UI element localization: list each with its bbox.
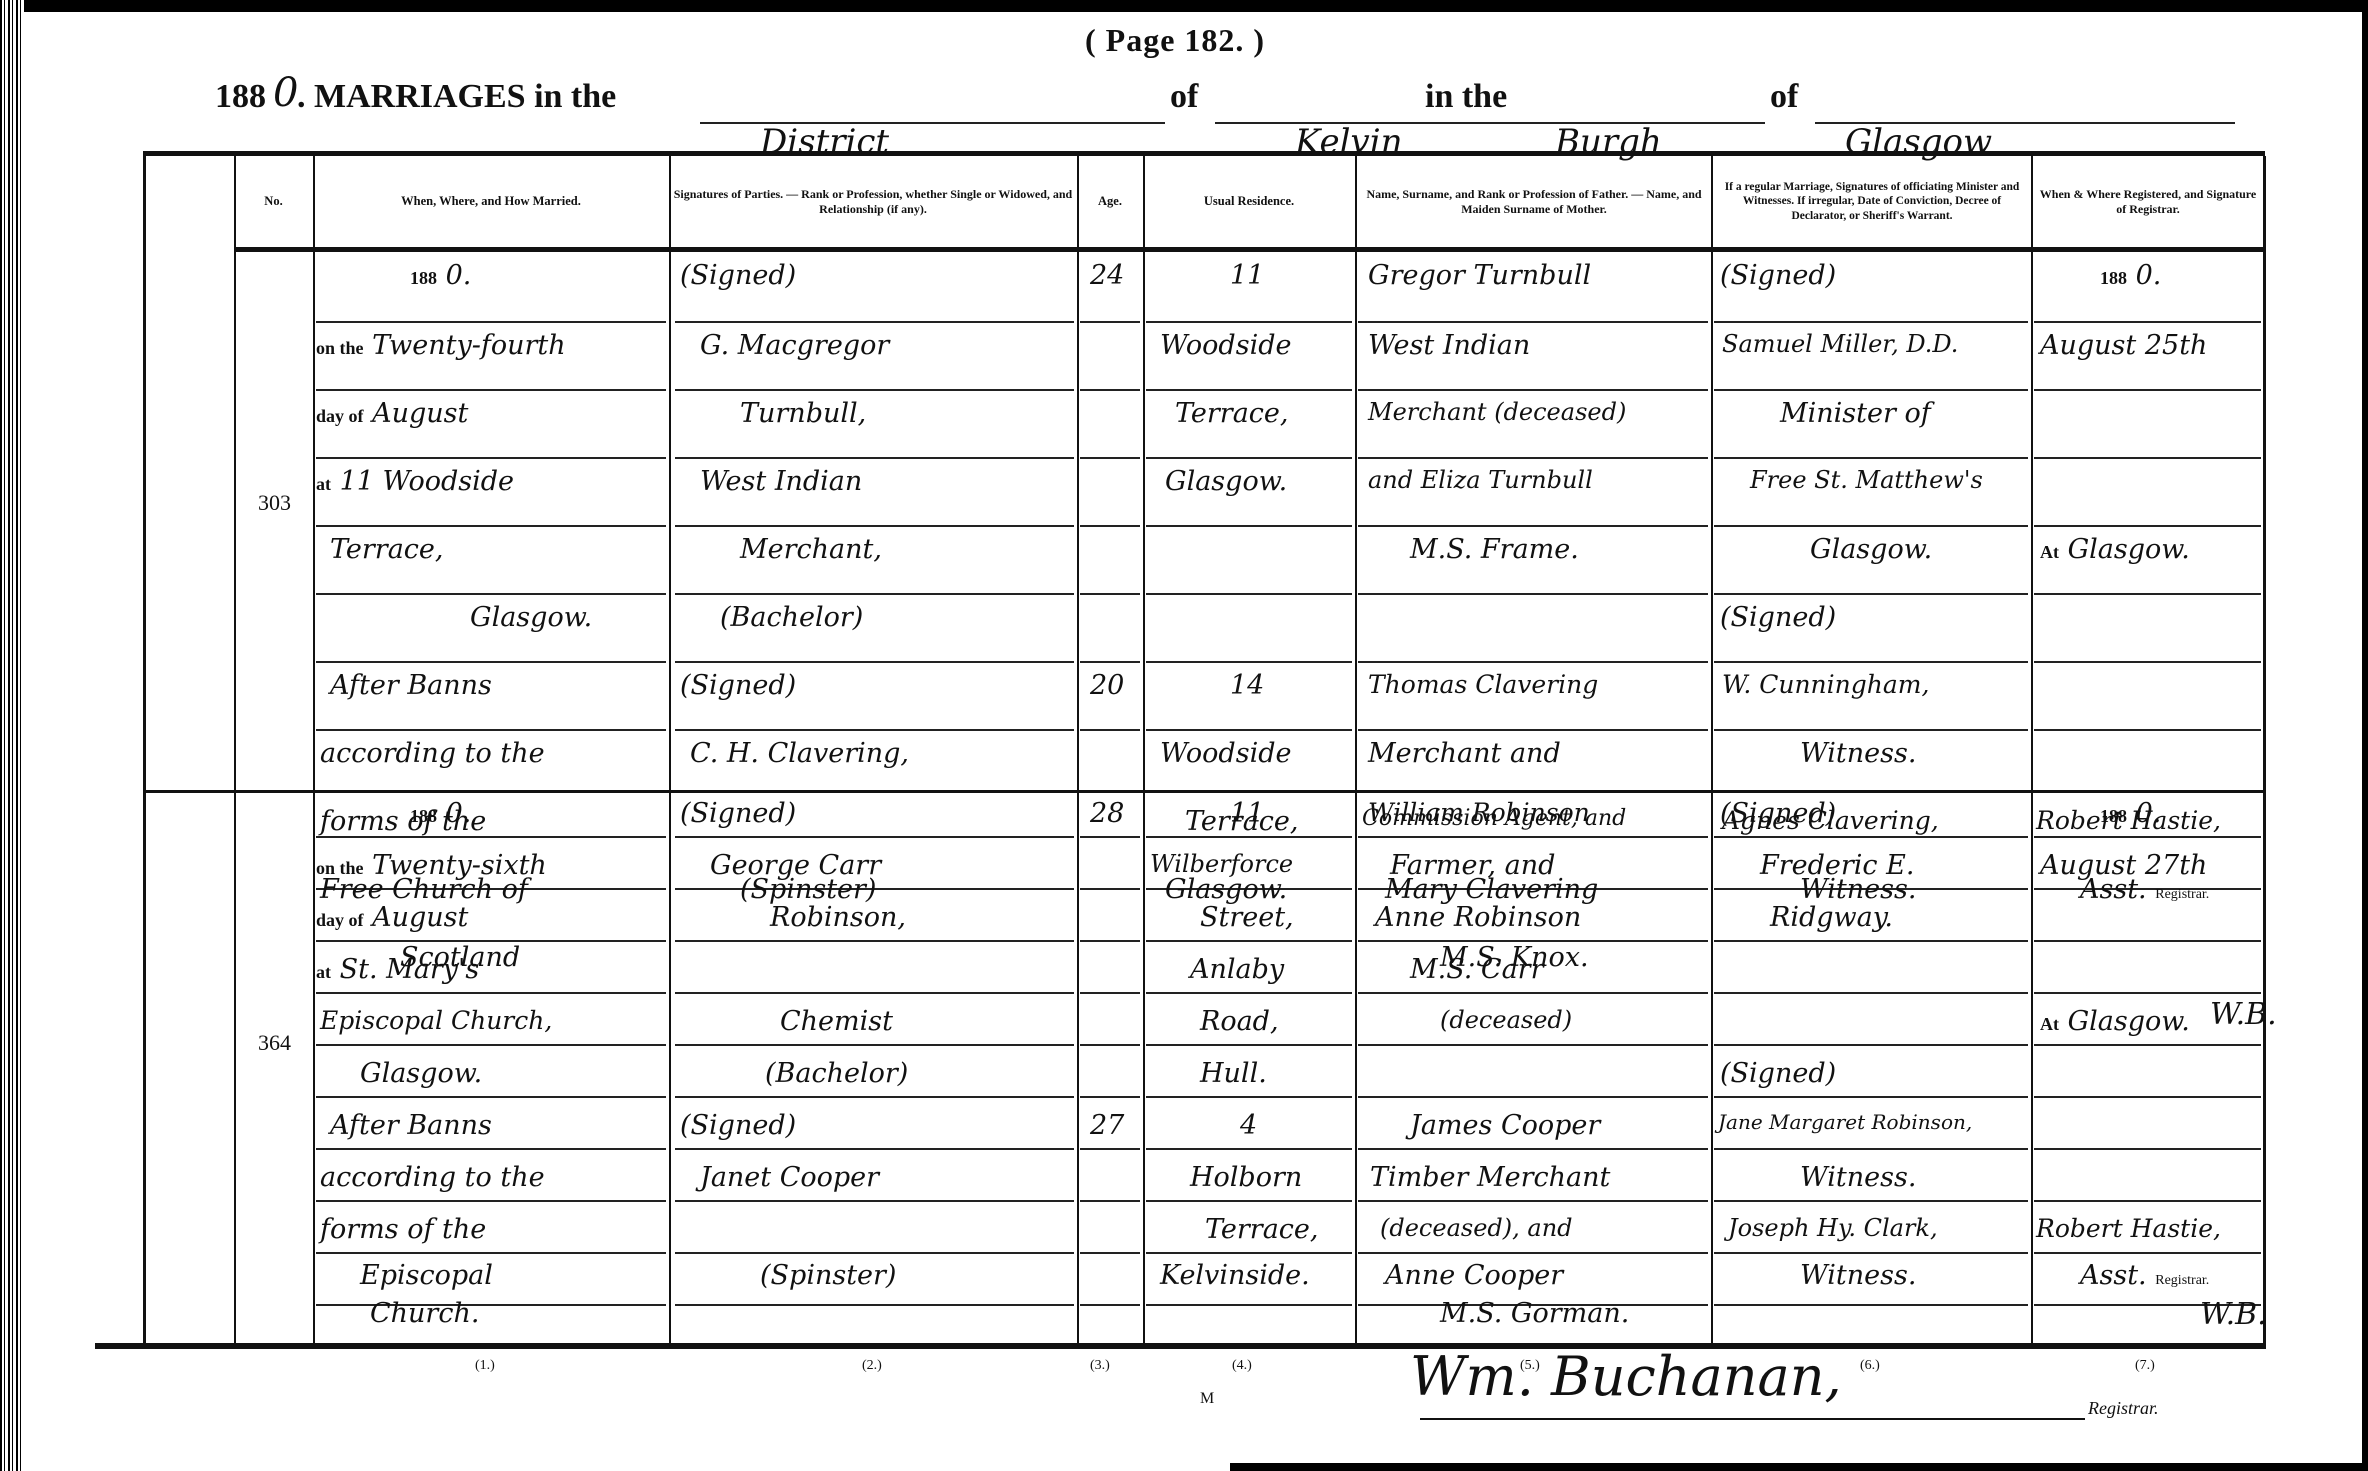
ruled-line — [1358, 1044, 1708, 1046]
ruled-line — [1146, 729, 1352, 731]
column-number: (7.) — [2135, 1358, 2155, 1374]
bride-parents-line: M.S. Gorman. — [1440, 1300, 1629, 1327]
bride-parents-line: James Cooper — [1410, 1112, 1600, 1139]
place: Glasgow. — [2068, 534, 2190, 565]
ruled-line — [1080, 1148, 1140, 1150]
ruled-line — [1146, 1252, 1352, 1254]
column-number: (2.) — [862, 1358, 882, 1374]
bride-residence-line: Glasgow. — [1165, 876, 1287, 903]
when-year: 188 0. — [410, 262, 471, 289]
ruled-line — [1358, 729, 1708, 731]
ruled-line — [1714, 1252, 2028, 1254]
table-left-border — [143, 156, 146, 1349]
ruled-line — [1714, 661, 2028, 663]
registrar-signature: Wm. Buchanan, — [1410, 1345, 1842, 1408]
year-handwritten: 0. — [2136, 798, 2162, 829]
header-registered: When & Where Registered, and Signature o… — [2035, 156, 2261, 247]
title-of-2: of — [1770, 78, 1798, 116]
groom-residence-line: Woodside — [1160, 332, 1291, 359]
how-married-line: according to the — [320, 1164, 545, 1191]
ruled-line — [1714, 457, 2028, 459]
entry-number: 303 — [258, 490, 291, 516]
minister-line: Glasgow. — [1810, 536, 1932, 563]
when-year: 188 0. — [410, 800, 471, 827]
ruled-line — [1146, 525, 1352, 527]
ruled-line — [316, 1200, 666, 1202]
ruled-line — [1714, 1096, 2028, 1098]
ruled-line — [1080, 1252, 1140, 1254]
how-married-line: Church. — [370, 1300, 479, 1327]
witness-label: Witness. — [1800, 740, 1916, 767]
how-married-line: After Banns — [330, 672, 492, 699]
column-number: (4.) — [1232, 1358, 1252, 1374]
ruled-line — [1146, 940, 1352, 942]
place-line: 11 Woodside — [340, 466, 514, 497]
ruled-line — [2034, 1200, 2261, 1202]
ruled-line — [1080, 888, 1140, 890]
ruled-line — [1358, 457, 1708, 459]
ruled-line — [316, 1096, 666, 1098]
bride-signed: (Signed) — [680, 1112, 796, 1139]
ruled-line — [316, 729, 666, 731]
table-bottom-rule — [95, 1343, 2265, 1349]
ruled-line — [1358, 1148, 1708, 1150]
ruled-line — [1714, 836, 2028, 838]
groom-status: (Bachelor) — [720, 604, 863, 631]
bride-residence-line: Kelvinside. — [1160, 1262, 1310, 1289]
groom-parents-line: Merchant (deceased) — [1368, 400, 1626, 424]
ruled-line — [1080, 661, 1140, 663]
ruled-line — [1146, 593, 1352, 595]
when-place: at St. Mary's — [316, 956, 479, 983]
ruled-line — [1080, 1044, 1140, 1046]
year-print: 188 — [410, 268, 437, 288]
registrar-label: Registrar. — [2155, 887, 2209, 902]
registrar-label: Registrar. — [2155, 1273, 2209, 1288]
ruled-line — [316, 1252, 666, 1254]
groom-parents-line: Anne Robinson — [1375, 904, 1581, 931]
registered-place: At Glasgow. — [2040, 1008, 2190, 1035]
ruled-line — [675, 457, 1074, 459]
registered-date: August 27th — [2040, 852, 2207, 879]
groom-residence-line: Anlaby — [1190, 956, 1284, 983]
ruled-line — [1080, 836, 1140, 838]
how-married-line: forms of the — [320, 1216, 486, 1243]
bride-age: 20 — [1090, 672, 1124, 699]
ruled-line — [675, 321, 1074, 323]
groom-residence-line: Street, — [1200, 904, 1294, 931]
scan-right-edge — [2362, 0, 2368, 1471]
how-married-line: After Banns — [330, 1112, 492, 1139]
ruled-line — [316, 1044, 666, 1046]
year-handwritten: 0. — [446, 798, 472, 829]
ruled-line — [2034, 729, 2261, 731]
ruled-line — [1714, 992, 2028, 994]
year-handwritten: 0. — [2136, 260, 2162, 291]
ruled-line — [1080, 940, 1140, 942]
registrar-initials: W.B. — [2200, 1300, 2267, 1330]
col-divider — [669, 156, 671, 1349]
registrar-title: Asst. Registrar. — [2080, 1262, 2209, 1289]
district-type-fill: District — [700, 122, 1165, 124]
ruled-line — [675, 940, 1074, 942]
minister-name: Ridgway. — [1770, 904, 1893, 931]
witness-name: Joseph Hy. Clark, — [1728, 1216, 1938, 1240]
groom-residence-line: 11 — [1230, 262, 1264, 289]
place-line: Glasgow. — [470, 604, 592, 631]
how-married-line: Episcopal — [360, 1262, 493, 1289]
scan-binding-edge — [0, 0, 24, 1471]
ruled-line — [675, 389, 1074, 391]
ruled-line — [1358, 1200, 1708, 1202]
day-of-label: day of — [316, 910, 364, 930]
page-number: ( Page 182. ) — [1085, 22, 1265, 59]
bride-parents-line: (deceased), and — [1380, 1216, 1573, 1240]
groom-age: 28 — [1090, 800, 1124, 827]
ruled-line — [316, 525, 666, 527]
ruled-line — [316, 389, 666, 391]
ruled-line — [2034, 1148, 2261, 1150]
groom-residence-line: Terrace, — [1175, 400, 1288, 427]
title-heading: . MARRIAGES in the — [297, 78, 616, 116]
ruled-line — [1358, 525, 1708, 527]
witness-signed: (Signed) — [1720, 1060, 1836, 1087]
day: Twenty-fourth — [372, 330, 566, 361]
groom-occupation: Merchant, — [740, 536, 882, 563]
witness-label: Witness. — [1800, 1164, 1916, 1191]
ruled-line — [675, 525, 1074, 527]
header-signatures: Signatures of Parties. — Rank or Profess… — [673, 156, 1073, 247]
groom-residence-line: 11 — [1230, 800, 1264, 827]
day-of-label: day of — [316, 406, 364, 426]
minister-line: Minister of — [1780, 400, 1931, 427]
registered-year: 188 0. — [2100, 262, 2161, 289]
place-line: Glasgow. — [360, 1060, 482, 1087]
groom-parents-line: (deceased) — [1440, 1008, 1572, 1032]
bride-parents-line: Anne Cooper — [1385, 1262, 1563, 1289]
minister-signed: (Signed) — [1720, 262, 1836, 289]
ruled-line — [675, 836, 1074, 838]
ruled-line — [2034, 992, 2261, 994]
registrar-name: Robert Hastie, — [2036, 1216, 2221, 1241]
place-line: St. Mary's — [340, 954, 480, 985]
registered-place: At Glasgow. — [2040, 536, 2190, 563]
ruled-line — [1358, 661, 1708, 663]
col-divider — [234, 156, 236, 1349]
minister-name: Frederic E. — [1760, 852, 1914, 879]
entry-number: 364 — [258, 1030, 291, 1056]
groom-name: Robinson, — [770, 904, 906, 931]
ruled-line — [1080, 593, 1140, 595]
ruled-line — [2034, 457, 2261, 459]
witness-name: Jane Margaret Robinson, — [1718, 1112, 1972, 1132]
place: Glasgow. — [2068, 1006, 2190, 1037]
year-print: 188 — [410, 806, 437, 826]
groom-signed: (Signed) — [680, 262, 796, 289]
burgh-type-fill: Burgh — [1535, 122, 1765, 124]
ruled-line — [1714, 1044, 2028, 1046]
ruled-line — [1714, 389, 2028, 391]
at-label: At — [2040, 542, 2059, 562]
header-age: Age. — [1077, 156, 1143, 247]
header-residence: Usual Residence. — [1143, 156, 1355, 247]
bride-residence-line: Woodside — [1160, 740, 1291, 767]
title-of-1: of — [1170, 78, 1198, 116]
bride-parents-line: Thomas Clavering — [1368, 672, 1598, 697]
column-number: (3.) — [1090, 1358, 1110, 1374]
ruled-line — [675, 1096, 1074, 1098]
when-day: on the Twenty-sixth — [316, 852, 547, 879]
at-label: At — [2040, 1014, 2059, 1034]
ruled-line — [1080, 389, 1140, 391]
ruled-line — [2034, 593, 2261, 595]
col-divider — [1711, 156, 1713, 1349]
bride-status: (Spinster) — [760, 1262, 896, 1289]
groom-name: George Carr — [710, 852, 881, 879]
groom-name: G. Macgregor — [700, 332, 889, 359]
ruled-line — [1080, 992, 1140, 994]
title-year-digit: 0 — [273, 70, 298, 116]
ruled-line — [1080, 457, 1140, 459]
ruled-line — [2034, 389, 2261, 391]
bride-residence-line: Terrace, — [1205, 1216, 1318, 1243]
at-label: at — [316, 474, 331, 494]
entry-separator — [143, 790, 2265, 793]
header-no: No. — [234, 156, 313, 247]
page-mark: M — [1200, 1390, 1214, 1408]
year-print: 188 — [2100, 268, 2127, 288]
ruled-line — [1358, 836, 1708, 838]
column-number: (6.) — [1860, 1358, 1880, 1374]
ruled-line — [1358, 1252, 1708, 1254]
witness-name: W. Cunningham, — [1722, 672, 1929, 697]
col-divider — [1077, 156, 1079, 1349]
place-line: Episcopal Church, — [320, 1008, 552, 1033]
bride-residence-line: Holborn — [1190, 1164, 1302, 1191]
ruled-line — [1358, 389, 1708, 391]
bride-parents-line: Merchant and — [1368, 740, 1561, 767]
groom-parents-line: and Eliza Turnbull — [1368, 468, 1593, 492]
ruled-line — [2034, 1044, 2261, 1046]
ruled-line — [316, 1304, 666, 1306]
groom-parents-line: West Indian — [1368, 332, 1530, 359]
bride-residence-line: 14 — [1230, 672, 1264, 699]
ruled-line — [1146, 1044, 1352, 1046]
month: August — [372, 398, 468, 429]
day: Twenty-sixth — [372, 850, 547, 881]
ruled-line — [1146, 992, 1352, 994]
bride-parents-line: Timber Merchant — [1370, 1164, 1610, 1191]
ruled-line — [1080, 1304, 1140, 1306]
registrar-label: Registrar. — [2088, 1398, 2159, 1419]
ruled-line — [675, 661, 1074, 663]
how-married-line: according to the — [320, 740, 545, 767]
groom-parents-line: M.S. Frame. — [1410, 536, 1579, 563]
title: Asst. — [2080, 1260, 2147, 1291]
ruled-line — [1080, 1096, 1140, 1098]
column-number: (1.) — [475, 1358, 495, 1374]
ruled-line — [2034, 321, 2261, 323]
year-print: 188 — [2100, 806, 2127, 826]
register-title: 188 0 . MARRIAGES in the District of Kel… — [215, 78, 2235, 128]
header-minister: If a regular Marriage, Signatures of off… — [1715, 156, 2029, 247]
ruled-line — [675, 1148, 1074, 1150]
ruled-line — [2034, 525, 2261, 527]
scan-top-edge — [0, 0, 2368, 12]
groom-parents-line: William Robinson — [1368, 800, 1590, 825]
groom-residence-line: Wilberforce — [1150, 852, 1293, 876]
when-place: at 11 Woodside — [316, 468, 514, 495]
ruled-line — [1358, 593, 1708, 595]
at-label: at — [316, 962, 331, 982]
groom-parents-line: M.S. Carr — [1410, 956, 1544, 983]
ruled-line — [2034, 661, 2261, 663]
ruled-line — [1714, 1304, 2028, 1306]
bride-signed: (Signed) — [680, 672, 796, 699]
ruled-line — [1358, 321, 1708, 323]
ruled-line — [1080, 321, 1140, 323]
ruled-line — [1714, 525, 2028, 527]
ruled-line — [675, 593, 1074, 595]
ruled-line — [1146, 457, 1352, 459]
bride-age: 27 — [1090, 1112, 1124, 1139]
groom-name: Turnbull, — [740, 400, 866, 427]
signature-line — [1420, 1418, 2085, 1420]
ruled-line — [1714, 729, 2028, 731]
ruled-line — [1146, 1096, 1352, 1098]
ruled-line — [316, 593, 666, 595]
minister-signed: (Signed) — [1720, 800, 1836, 827]
ruled-line — [1146, 1200, 1352, 1202]
title-year-prefix: 188 — [215, 78, 266, 116]
ruled-line — [2034, 1096, 2261, 1098]
place-line: Terrace, — [330, 536, 443, 563]
ruled-line — [1714, 940, 2028, 942]
minister-line: Free St. Matthew's — [1750, 468, 1983, 492]
minister-name: Samuel Miller, D.D. — [1722, 332, 1958, 356]
groom-age: 24 — [1090, 262, 1124, 289]
groom-signed: (Signed) — [680, 800, 796, 827]
header-when: When, Where, and How Married. — [313, 156, 669, 247]
registered-date: August 25th — [2040, 332, 2207, 359]
groom-occupation: Chemist — [780, 1008, 893, 1035]
col-divider — [313, 156, 315, 1349]
ruled-line — [675, 729, 1074, 731]
ruled-line — [1714, 321, 2028, 323]
ruled-line — [1358, 992, 1708, 994]
header-bottom-rule — [234, 247, 2265, 252]
when-month: day of August — [316, 400, 468, 427]
ruled-line — [1146, 1148, 1352, 1150]
groom-parents-line: Farmer, and — [1390, 852, 1555, 879]
ruled-line — [316, 457, 666, 459]
ruled-line — [675, 1252, 1074, 1254]
when-day: on the Twenty-fourth — [316, 332, 566, 359]
witness-signed: (Signed) — [1720, 604, 1836, 631]
on-the-label: on the — [316, 338, 364, 358]
ruled-line — [1714, 593, 2028, 595]
burgh-name-fill: Glasgow — [1815, 122, 2235, 124]
col-divider — [1143, 156, 1145, 1349]
ruled-line — [316, 992, 666, 994]
month: August — [372, 902, 468, 933]
ruled-line — [675, 1044, 1074, 1046]
ruled-line — [316, 661, 666, 663]
groom-residence-line: Glasgow. — [1165, 468, 1287, 495]
ruled-line — [2034, 1252, 2261, 1254]
bride-residence-line: 4 — [1240, 1112, 1257, 1139]
year-handwritten: 0. — [446, 260, 472, 291]
ruled-line — [1146, 1304, 1352, 1306]
ruled-line — [1714, 1148, 2028, 1150]
ruled-line — [1080, 525, 1140, 527]
scan-bottom-edge — [1230, 1463, 2368, 1471]
ruled-line — [316, 321, 666, 323]
when-month: day of August — [316, 904, 468, 931]
header-parents: Name, Surname, and Rank or Profession of… — [1359, 156, 1709, 247]
ruled-line — [1146, 389, 1352, 391]
ruled-line — [1080, 1200, 1140, 1202]
ruled-line — [1714, 1200, 2028, 1202]
title-in-the: in the — [1425, 78, 1507, 116]
ruled-line — [1358, 1096, 1708, 1098]
ruled-line — [675, 1304, 1074, 1306]
ruled-line — [2034, 940, 2261, 942]
col-divider — [1355, 156, 1357, 1349]
ruled-line — [1080, 729, 1140, 731]
witness-label: Witness. — [1800, 1262, 1916, 1289]
groom-status: (Bachelor) — [765, 1060, 908, 1087]
registered-year: 188 0. — [2100, 800, 2161, 827]
ruled-line — [1146, 321, 1352, 323]
groom-occupation: West Indian — [700, 468, 862, 495]
table-right-border — [2263, 156, 2266, 1349]
bride-name: Janet Cooper — [700, 1164, 879, 1191]
on-the-label: on the — [316, 858, 364, 878]
registrar-initials: W.B. — [2210, 1000, 2277, 1030]
ruled-line — [1146, 661, 1352, 663]
groom-parents-line: Gregor Turnbull — [1368, 262, 1591, 289]
ruled-line — [675, 1200, 1074, 1202]
bride-name: C. H. Clavering, — [690, 740, 909, 767]
groom-residence-line: Road, — [1200, 1008, 1279, 1035]
ruled-line — [316, 1148, 666, 1150]
col-divider — [2031, 156, 2033, 1349]
ruled-line — [2034, 836, 2261, 838]
ruled-line — [675, 992, 1074, 994]
groom-residence-line: Hull. — [1200, 1060, 1267, 1087]
